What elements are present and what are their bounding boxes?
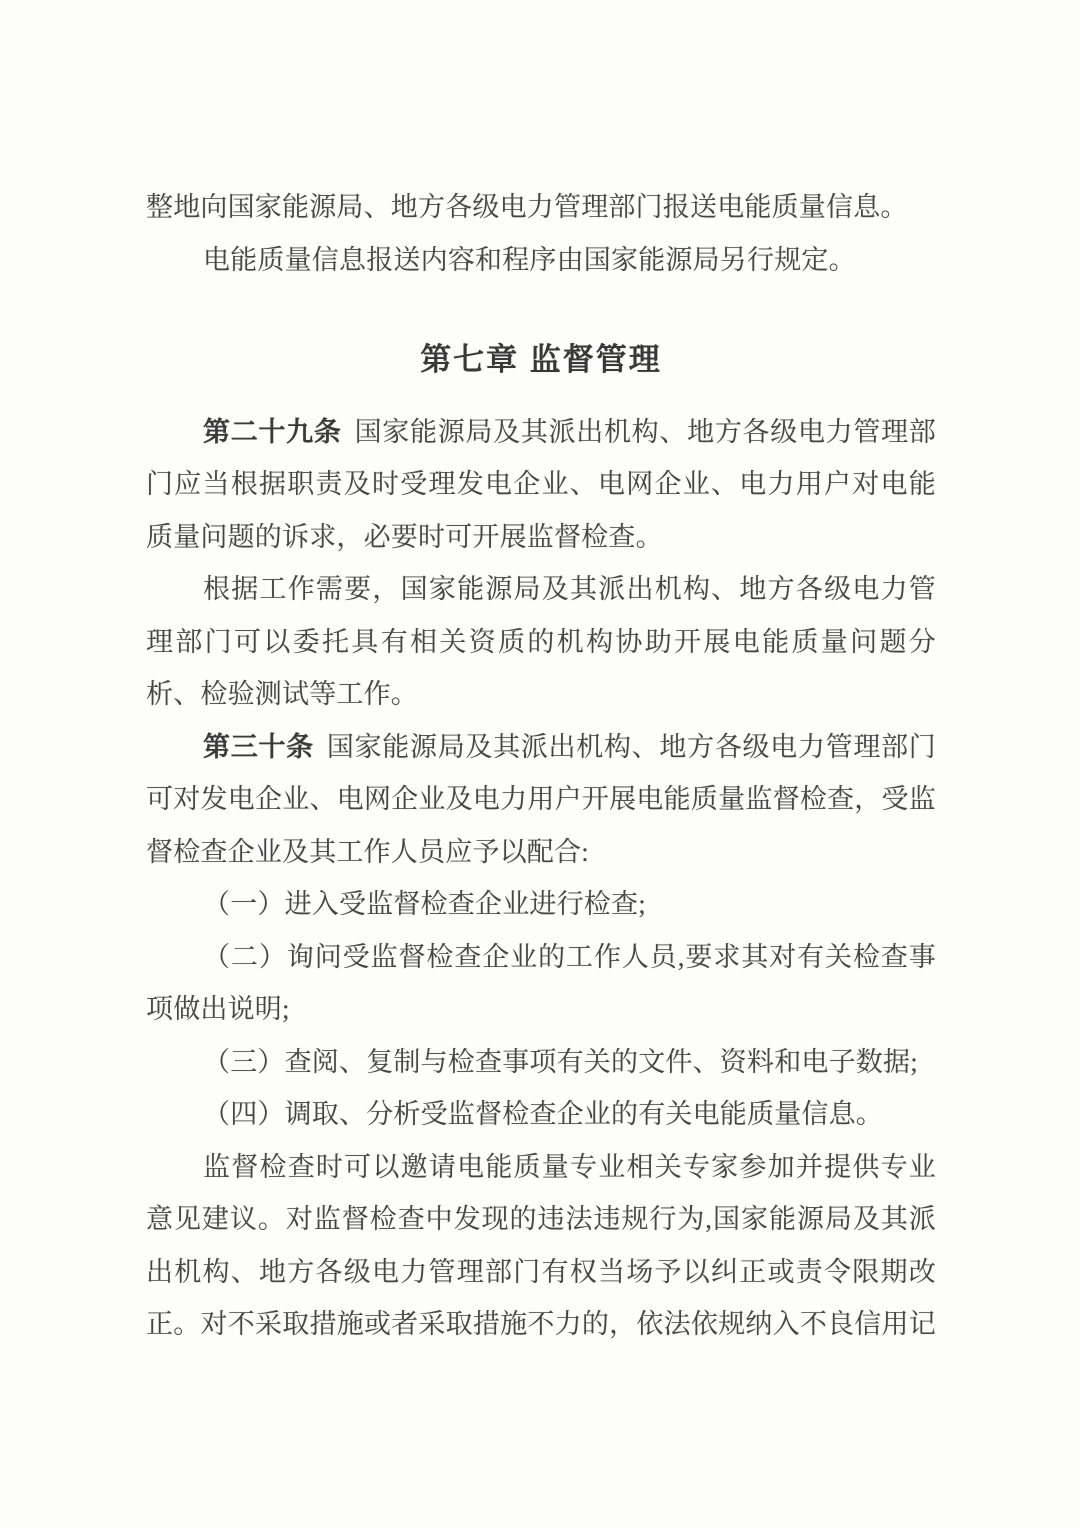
text-line: 整地向国家能源局、地方各级电力管理部门报送电能质量信息。 bbox=[146, 181, 936, 234]
article-number: 第三十条 bbox=[203, 732, 314, 762]
text-line: （一）进入受监督检查企业进行检查; bbox=[146, 878, 936, 931]
text-line: 出机构、地方各级电力管理部门有权当场予以纠正或责令限期改 bbox=[146, 1246, 936, 1299]
text-line: 第三十条国家能源局及其派出机构、地方各级电力管理部门 bbox=[146, 721, 936, 774]
text-line: （二）询问受监督检查企业的工作人员,要求其对有关检查事 bbox=[146, 931, 936, 984]
text-line: 根据工作需要，国家能源局及其派出机构、地方各级电力管 bbox=[146, 563, 936, 616]
text-line: （四）调取、分析受监督检查企业的有关电能质量信息。 bbox=[146, 1088, 936, 1141]
text-line: 意见建议。对监督检查中发现的违法违规行为,国家能源局及其派 bbox=[146, 1193, 936, 1246]
text-line: 项做出说明; bbox=[146, 983, 936, 1036]
text-line: （三）查阅、复制与检查事项有关的文件、资料和电子数据; bbox=[146, 1036, 936, 1089]
text-line: 质量问题的诉求，必要时可开展监督检查。 bbox=[146, 511, 936, 564]
article-number: 第二十九条 bbox=[203, 417, 342, 447]
text-line: 理部门可以委托具有相关资质的机构协助开展电能质量问题分 bbox=[146, 616, 936, 669]
document-content: 整地向国家能源局、地方各级电力管理部门报送电能质量信息。电能质量信息报送内容和程… bbox=[146, 181, 936, 1351]
chapter-heading: 第七章 监督管理 bbox=[146, 334, 936, 387]
line-text: 国家能源局及其派出机构、地方各级电力管理部门 bbox=[327, 732, 936, 762]
text-line: 析、检验测试等工作。 bbox=[146, 668, 936, 721]
text-line: 督检查企业及其工作人员应予以配合: bbox=[146, 826, 936, 879]
text-line: 电能质量信息报送内容和程序由国家能源局另行规定。 bbox=[146, 234, 936, 287]
text-line: 门应当根据职责及时受理发电企业、电网企业、电力用户对电能 bbox=[146, 458, 936, 511]
text-line: 可对发电企业、电网企业及电力用户开展电能质量监督检查，受监 bbox=[146, 773, 936, 826]
line-text: 国家能源局及其派出机构、地方各级电力管理部 bbox=[355, 417, 936, 447]
document-page: 整地向国家能源局、地方各级电力管理部门报送电能质量信息。电能质量信息报送内容和程… bbox=[0, 0, 1080, 1528]
text-line: 正。对不采取措施或者采取措施不力的，依法依规纳入不良信用记 bbox=[146, 1298, 936, 1351]
text-line: 第二十九条国家能源局及其派出机构、地方各级电力管理部 bbox=[146, 406, 936, 459]
text-line: 监督检查时可以邀请电能质量专业相关专家参加并提供专业 bbox=[146, 1141, 936, 1194]
